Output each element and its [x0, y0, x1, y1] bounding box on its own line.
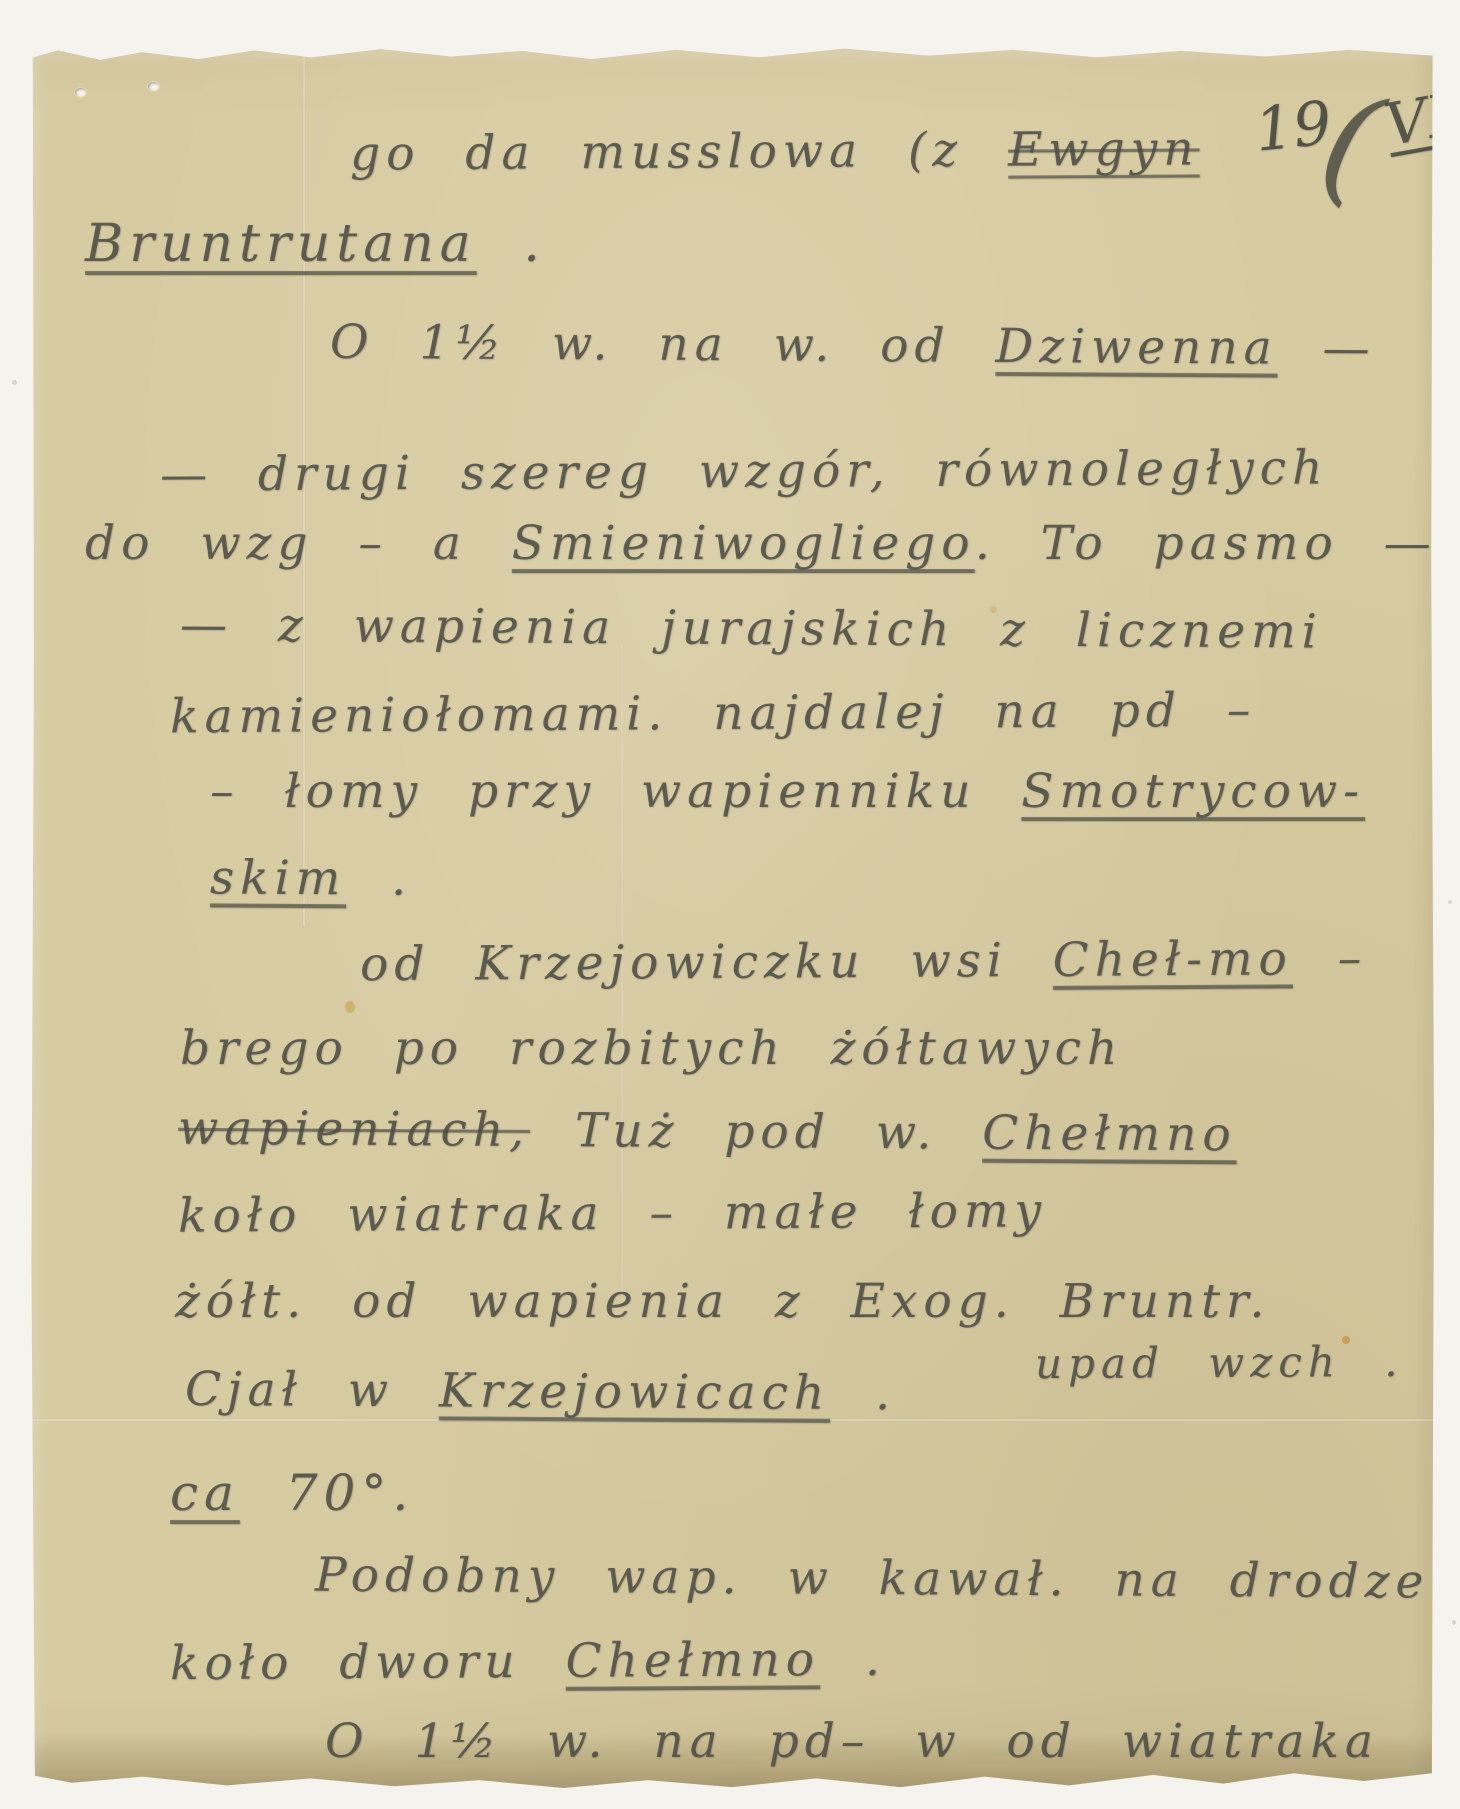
pinhole	[75, 88, 86, 97]
handwritten-segment: .	[830, 1366, 896, 1421]
underlined-word: skim	[210, 850, 347, 906]
handwritten-line: O 1½ w. na w. od Dziwenna —	[330, 315, 1376, 376]
handwritten-line: koło dworu Chełmno .	[170, 1632, 886, 1691]
handwritten-segment: .	[477, 214, 546, 274]
dust-speck	[1448, 900, 1452, 904]
underlined-word: Smieniwogliego	[512, 516, 975, 571]
handwritten-segment: koło wiatraka – małe łomy	[178, 1183, 1047, 1243]
handwritten-line: — z wapienia jurajskich z licznemi	[180, 598, 1323, 660]
handwritten-line: go da musslowa (z Ewgyn	[350, 121, 1200, 181]
handwritten-line: żółt. od wapienia z Exog. Bruntr.	[175, 1274, 1270, 1329]
handwritten-line: ca 70°.	[170, 1464, 414, 1522]
handwritten-segment: –	[1293, 931, 1368, 986]
handwritten-line: — drugi szereg wzgór, równoległych	[160, 440, 1329, 502]
underlined-word: Chełmno	[565, 1632, 820, 1689]
handwritten-line: od Krzejowiczku wsi Cheł-mo –	[360, 931, 1368, 992]
handwritten-segment: — z wapienia jurajskich z licznemi	[180, 598, 1323, 660]
handwritten-line: Bruntrutana .	[85, 214, 546, 274]
handwritten-line: brego po rozbitych żółtawych	[180, 1021, 1123, 1076]
handwritten-segment: — drugi szereg wzgór, równoległych	[160, 440, 1329, 502]
underlined-word: Dziwenna	[995, 319, 1277, 376]
underlined-word: Cheł-mo	[1053, 931, 1293, 987]
handwritten-segment: – łomy przy wapienniku	[210, 764, 1021, 819]
handwritten-segment: —	[1277, 321, 1375, 377]
dust-speck	[12, 380, 17, 385]
handwritten-segment: . To pasmo —	[975, 516, 1437, 571]
handwritten-line: do wzg – a Smieniwogliego. To pasmo —	[85, 516, 1437, 571]
handwritten-segment: koło dworu	[170, 1634, 566, 1691]
handwritten-line: wapieniach, Tuż pod w. Chełmno	[178, 1101, 1237, 1162]
handwritten-segment: Podobny wap. w kawał. na drodze	[315, 1548, 1430, 1610]
handwritten-line: – łomy przy wapienniku Smotrycow-	[210, 764, 1365, 819]
handwritten-segment: 70°.	[240, 1464, 414, 1522]
underlined-word: Bruntrutana	[85, 214, 477, 274]
handwritten-line: Podobny wap. w kawał. na drodze	[315, 1548, 1430, 1610]
underlined-word: Smotrycow-	[1021, 764, 1365, 819]
handwritten-segment: Tuż pod w.	[530, 1103, 983, 1161]
handwritten-segment: od Krzejowiczku wsi	[360, 933, 1053, 992]
handwritten-segment: brego po rozbitych żółtawych	[180, 1021, 1123, 1076]
handwritten-segment: kamieniołomami. najdalej na pd –	[170, 683, 1257, 745]
handwritten-segment: do wzg – a	[85, 516, 512, 571]
volume-mark: VI	[1380, 81, 1456, 159]
handwritten-line: koło wiatraka – małe łomy	[178, 1183, 1047, 1243]
handwritten-line: O 1½ w. na pd– w od wiatraka	[325, 1714, 1379, 1769]
underlined-word: Chełmno	[982, 1106, 1237, 1163]
handwritten-segment: upad wzch .	[1035, 1337, 1404, 1388]
handwritten-line: upad wzch .	[1035, 1337, 1404, 1388]
handwritten-segment: O 1½ w. na w. od	[330, 315, 996, 374]
handwritten-line: kamieniołomami. najdalej na pd –	[170, 683, 1257, 745]
underlined-word: Ewgyn	[1008, 121, 1200, 177]
handwritten-segment: go da musslowa (z	[350, 123, 1008, 182]
underlined-word: ca	[170, 1464, 240, 1522]
underlined-word: Krzejowicach	[439, 1363, 831, 1420]
handwritten-segment: .	[820, 1632, 886, 1687]
struck-word: wapieniach,	[178, 1101, 530, 1158]
handwritten-segment: żółt. od wapienia z Exog. Bruntr.	[175, 1274, 1270, 1329]
handwritten-segment: Cjał w	[185, 1362, 439, 1419]
manuscript-paper: go da musslowa (z EwgynBruntrutana .O 1½…	[30, 46, 1434, 1788]
dust-speck	[1452, 1620, 1456, 1625]
pinhole	[148, 82, 159, 91]
handwritten-line: skim .	[210, 850, 412, 906]
paper-stain	[345, 1001, 355, 1013]
handwritten-line: Cjał w Krzejowicach .	[185, 1362, 896, 1421]
handwritten-segment: O 1½ w. na pd– w od wiatraka	[325, 1714, 1379, 1769]
handwritten-segment: .	[346, 851, 412, 906]
